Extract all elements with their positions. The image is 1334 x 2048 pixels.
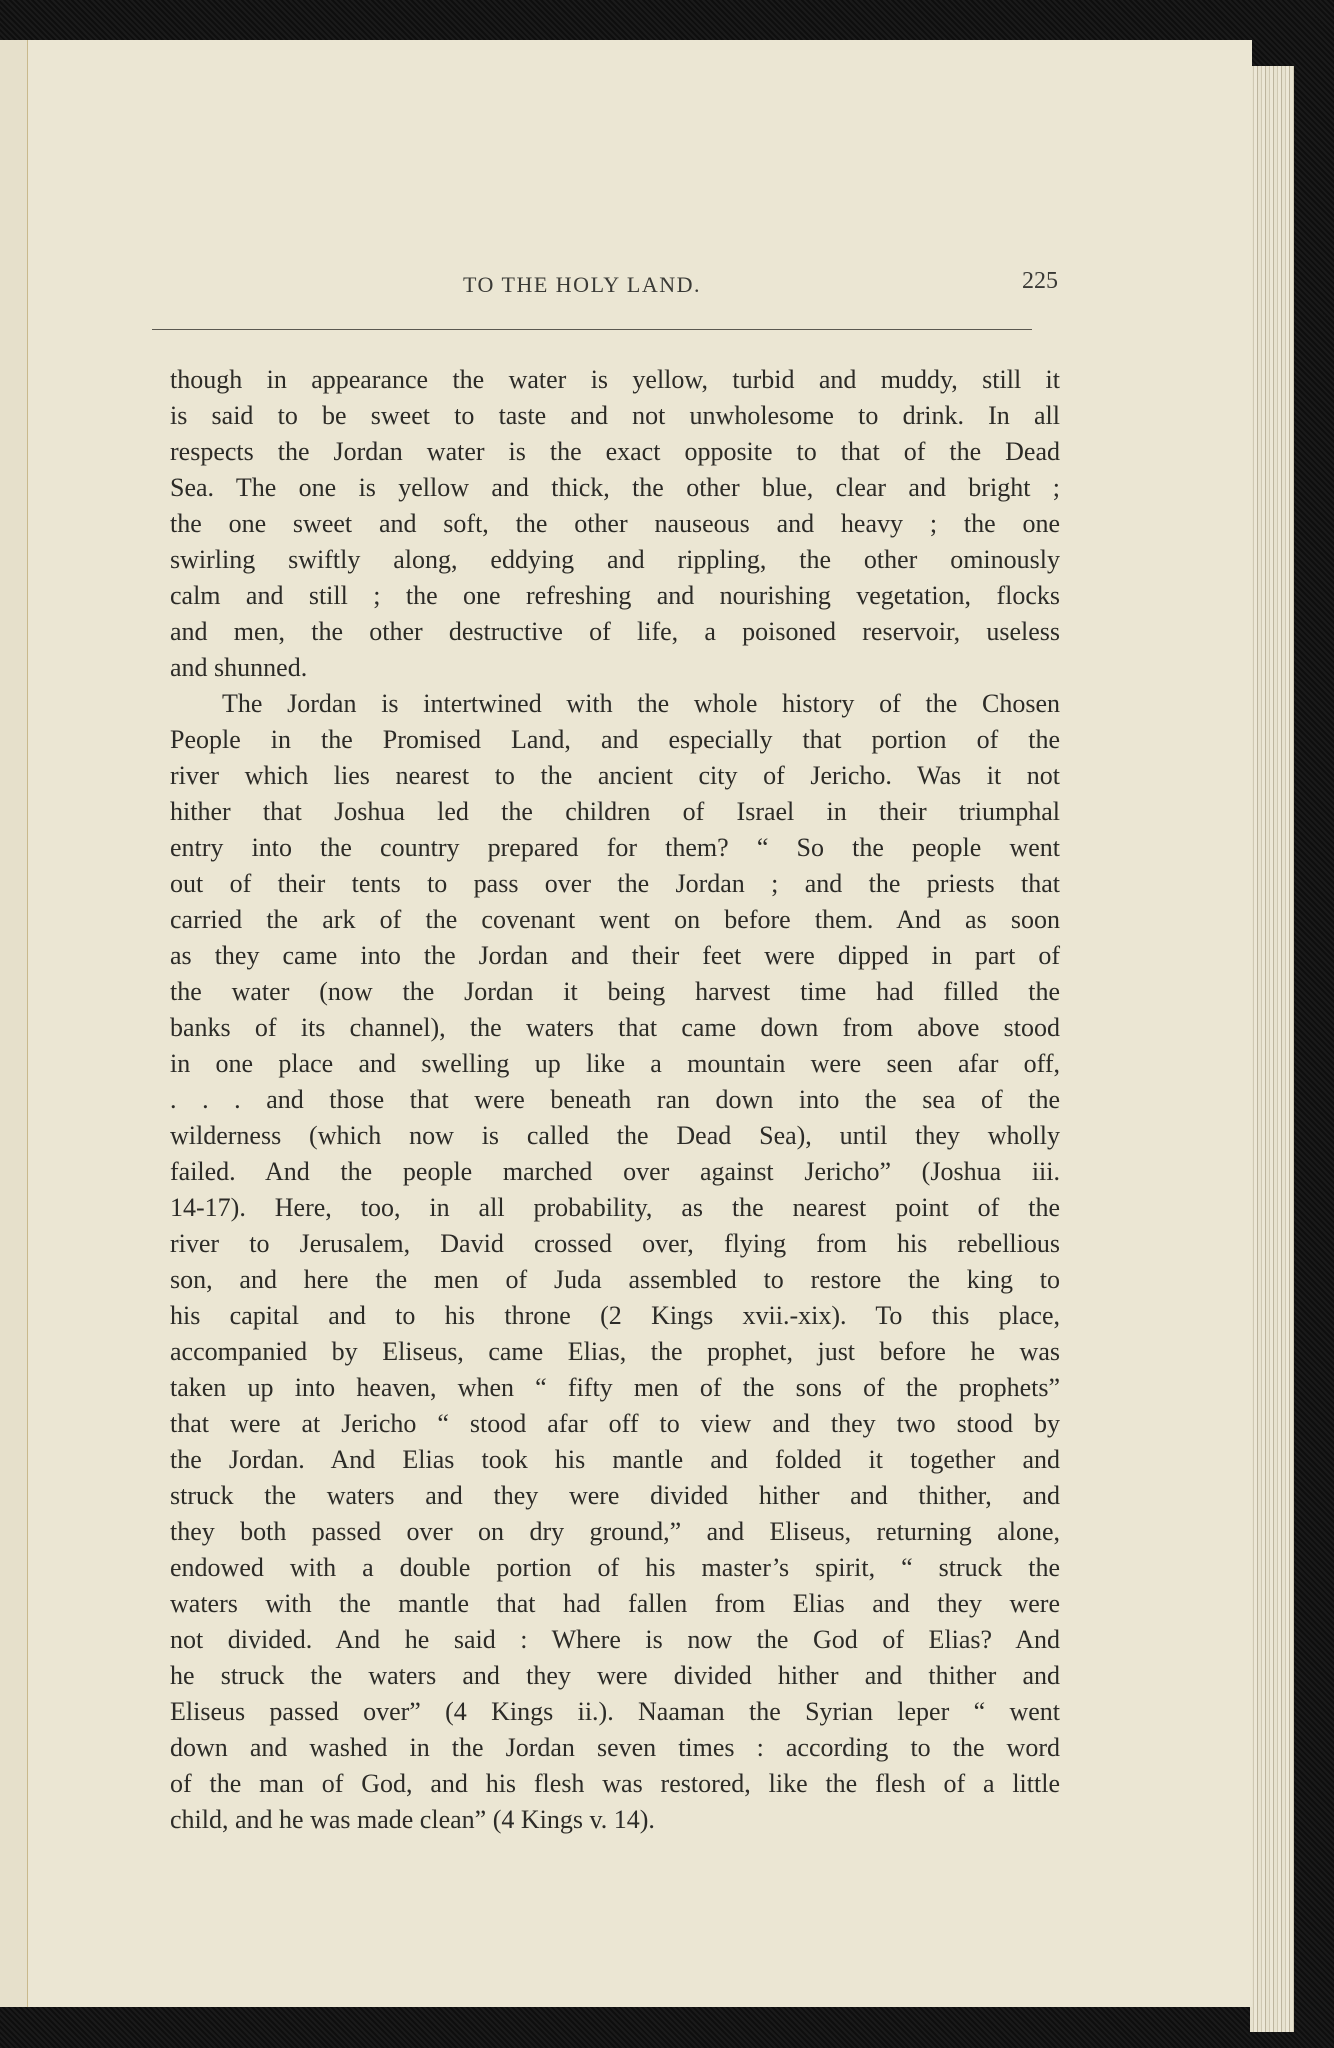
text-line: down and washed in the Jordan seven time… <box>170 1730 1060 1766</box>
text-line: his capital and to his throne (2 Kings x… <box>170 1298 1060 1334</box>
text-line: banks of its channel), the waters that c… <box>170 1010 1060 1046</box>
text-line: and men, the other destructive of life, … <box>170 614 1060 650</box>
text-line: as they came into the Jordan and their f… <box>170 938 1060 974</box>
body-text: though in appearance the water is yellow… <box>170 362 1060 1838</box>
page-gutter <box>0 40 28 2007</box>
text-line: that were at Jericho “ stood afar off to… <box>170 1406 1060 1442</box>
text-line: hither that Joshua led the children of I… <box>170 794 1060 830</box>
book-page: TO THE HOLY LAND. 225 though in appearan… <box>0 40 1252 2007</box>
paragraph: The Jordan is intertwined with the whole… <box>170 686 1060 1838</box>
text-line: Sea. The one is yellow and thick, the ot… <box>170 470 1060 506</box>
text-line: Eliseus passed over” (4 Kings ii.). Naam… <box>170 1694 1060 1730</box>
text-line: calm and still ; the one refreshing and … <box>170 578 1060 614</box>
text-line: out of their tents to pass over the Jord… <box>170 866 1060 902</box>
text-line: entry into the country prepared for them… <box>170 830 1060 866</box>
text-line: the Jordan. And Elias took his mantle an… <box>170 1442 1060 1478</box>
text-line: taken up into heaven, when “ fifty men o… <box>170 1370 1060 1406</box>
text-line: endowed with a double portion of his mas… <box>170 1550 1060 1586</box>
running-head: TO THE HOLY LAND. <box>463 272 701 298</box>
text-line: failed. And the people marched over agai… <box>170 1154 1060 1190</box>
text-line: accompanied by Eliseus, came Elias, the … <box>170 1334 1060 1370</box>
book-page-block: TO THE HOLY LAND. 225 though in appearan… <box>0 40 1292 2007</box>
text-line: son, and here the men of Juda assembled … <box>170 1262 1060 1298</box>
text-line: and shunned. <box>170 650 1060 686</box>
text-line: the one sweet and soft, the other nauseo… <box>170 506 1060 542</box>
text-line: river which lies nearest to the ancient … <box>170 758 1060 794</box>
text-line: is said to be sweet to taste and not unw… <box>170 398 1060 434</box>
page-number: 225 <box>1022 268 1058 295</box>
text-line: respects the Jordan water is the exact o… <box>170 434 1060 470</box>
text-line: they both passed over on dry ground,” an… <box>170 1514 1060 1550</box>
paragraph: though in appearance the water is yellow… <box>170 362 1060 686</box>
text-line: swirling swiftly along, eddying and ripp… <box>170 542 1060 578</box>
page-fore-edge <box>1250 66 1294 2032</box>
text-line: 14-17). Here, too, in all probability, a… <box>170 1190 1060 1226</box>
text-line: carried the ark of the covenant went on … <box>170 902 1060 938</box>
text-line: wilderness (which now is called the Dead… <box>170 1118 1060 1154</box>
text-line: waters with the mantle that had fallen f… <box>170 1586 1060 1622</box>
text-line: The Jordan is intertwined with the whole… <box>170 686 1060 722</box>
text-line: not divided. And he said : Where is now … <box>170 1622 1060 1658</box>
text-line: . . . and those that were beneath ran do… <box>170 1082 1060 1118</box>
text-line: though in appearance the water is yellow… <box>170 362 1060 398</box>
text-line: he struck the waters and they were divid… <box>170 1658 1060 1694</box>
text-line: child, and he was made clean” (4 Kings v… <box>170 1802 1060 1838</box>
text-line: the water (now the Jordan it being harve… <box>170 974 1060 1010</box>
text-line: river to Jerusalem, David crossed over, … <box>170 1226 1060 1262</box>
text-line: People in the Promised Land, and especia… <box>170 722 1060 758</box>
text-line: in one place and swelling up like a moun… <box>170 1046 1060 1082</box>
header-rule <box>152 329 1032 330</box>
text-line: of the man of God, and his flesh was res… <box>170 1766 1060 1802</box>
text-line: struck the waters and they were divided … <box>170 1478 1060 1514</box>
